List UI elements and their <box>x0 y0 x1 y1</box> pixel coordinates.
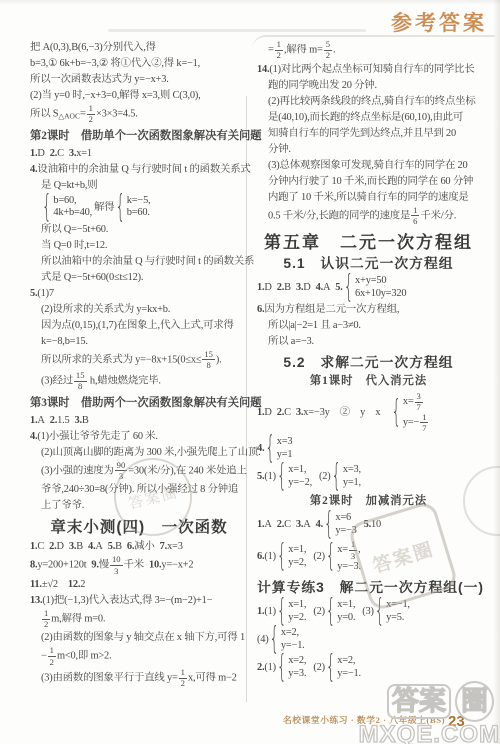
answer-line: 4.(1)小强让爷爷先走了 60 米. <box>30 429 248 444</box>
answer-line: 8.y=200+120t 9.慢103千米 10.y=−x+2 <box>30 555 248 576</box>
equation-system: {x=1,y=0. <box>326 599 355 624</box>
section-heading: 第3课时 借助两个一次函数图象解决有关问题 <box>30 396 248 411</box>
fraction: 12 <box>179 668 187 689</box>
fraction: 158 <box>202 350 215 371</box>
equation-system: {x=2,y=3. <box>277 655 306 680</box>
problem-number: 1. <box>30 415 37 426</box>
answer-line: 爷爷,240÷30=8(分钟). 所以小强经过 8 分钟追 <box>30 482 248 497</box>
answer-line: 0.5 千米/分,长跑的同学的速度是16千米/分. <box>257 206 480 227</box>
system-row: x=1, <box>337 599 355 612</box>
fraction-denominator: 2 <box>179 679 187 689</box>
fraction-numerator: 90 <box>115 461 128 472</box>
answer-line: −12m<0,即 m>2. <box>30 646 248 667</box>
answer-line: 1.(1){x=1,y=2. (2){x=1,y=0. (3){x=−1,y=5… <box>257 598 480 625</box>
system-row: 6x+10y=320 <box>355 288 406 301</box>
problem-number: 2. <box>50 148 57 159</box>
answer-line: (2)当 y=0 时,−x+3=0,解得 x=3,则 C(3,0), <box>30 88 248 103</box>
fraction: 12 <box>42 609 50 630</box>
answer-line: b=3,① 6k+b=−3,② 将①代入②,得 k=−1, <box>30 56 248 71</box>
fraction-numerator: 15 <box>74 371 87 382</box>
answer-line: 当 Q=0 时,t=12. <box>30 238 248 253</box>
problem-number: 4. <box>30 164 37 175</box>
problem-number: 7. <box>160 541 167 552</box>
equation-system: {x+y=506x+10y=320 <box>344 275 407 300</box>
problem-number: 6. <box>257 551 264 562</box>
answer-line: 是 Q=kt+b,则 <box>30 178 248 193</box>
equation-system: {x=13,y=−3. <box>326 540 361 573</box>
answer-line: 是(40,10),而长跑的终点坐标是(60,10),由此可 <box>257 110 480 125</box>
system-rows: x=13,y=−3. <box>337 540 361 573</box>
fraction-denominator: 3 <box>115 471 128 481</box>
system-row: b=60, <box>53 195 92 208</box>
problem-number: 2. <box>277 407 284 418</box>
system-rows: b=60,4k+b=40, <box>53 195 92 220</box>
answer-line: (3)小强的速度为903=30(米/分),在 240 米处追上 <box>30 461 248 482</box>
system-row: x=37 <box>403 392 430 413</box>
problem-number: 2. <box>50 415 57 426</box>
system-row: x=1, <box>288 544 306 557</box>
brace-glyph: { <box>324 509 333 540</box>
system-row: x=3 <box>277 436 293 449</box>
system-row: y=−17 <box>403 413 430 434</box>
brace-glyph: { <box>326 652 335 683</box>
system-row: x=13, <box>337 540 361 561</box>
answer-line: 因为点(0,15),(1,7)在图象上,代入上式,可求得 <box>30 318 248 333</box>
brace-glyph: { <box>344 272 353 303</box>
system-row: b=60. <box>127 207 151 220</box>
system-rows: k=−5,b=60. <box>127 195 151 220</box>
answer-line: 14.(1)对比两个起点坐标可知骑自行车的同学比长 <box>257 62 480 77</box>
scan-artifact-streak <box>108 29 366 32</box>
fraction-numerator: 15 <box>202 350 215 361</box>
system-rows: x=1,y=0. <box>337 599 355 624</box>
fraction-denominator: 8 <box>202 360 215 370</box>
fraction-numerator: 5 <box>324 40 332 51</box>
system-rows: x=−1,y=5. <box>386 599 410 624</box>
fraction-numerator: 1 <box>411 206 419 217</box>
equation-system: {x=37y=−17 <box>392 392 430 433</box>
problem-number: 2. <box>277 282 284 293</box>
system-row: y=−2, <box>288 477 312 490</box>
answer-line: 上了爷爷. <box>30 498 248 513</box>
answer-line: 所以 Q=−5t+60. <box>30 222 248 237</box>
problem-number: 8. <box>30 560 37 571</box>
fraction-denominator: 2 <box>48 657 56 667</box>
page-footer: 名校课堂小练习 · 数学2 · 八年级上(BS) 23 <box>0 710 500 732</box>
equation-system: {b=60,4k+b=40, <box>42 195 92 220</box>
answer-line: 6.(1){x=1,y=2, (2){x=13,y=−3. <box>257 539 480 574</box>
problem-number: 1. <box>257 282 264 293</box>
system-rows: x=3,y=1, <box>343 464 361 489</box>
right-column: =12,解得 m=52.14.(1)对比两个起点坐标可知骑自行车的同学比长跑的同… <box>257 40 480 682</box>
system-row: y=3. <box>288 668 306 681</box>
section-heading: 5.1 认识二元一次方程组 <box>257 256 480 271</box>
fraction: 12 <box>275 40 283 61</box>
section-heading: 第五章 二元一次方程组 <box>257 235 480 250</box>
answer-line: 所以所求的关系式为 y=−8x+15(0≤x≤158). <box>30 350 248 371</box>
problem-number: 3. <box>69 148 76 159</box>
system-row: x=1, <box>288 599 306 612</box>
problem-number: 13. <box>30 595 42 606</box>
equation-system: {x=6y=−3 <box>324 512 357 537</box>
problem-number: 3. <box>296 519 303 530</box>
answer-line: 知骑自行车的同学先到达终点,并且早到 20 <box>257 126 480 141</box>
brace-glyph: { <box>392 397 401 428</box>
fraction-numerator: 1 <box>420 413 428 424</box>
fraction-denominator: 2 <box>275 51 283 61</box>
system-row: x=2, <box>288 655 306 668</box>
problem-number: 14. <box>257 64 269 75</box>
answer-line: 所以油箱中的余油量 Q 与行驶时间 t 的函数关系 <box>30 254 248 269</box>
answer-line: 所以一次函数表达式为 y=−x+3. <box>30 72 248 87</box>
system-row: y=5. <box>386 612 410 625</box>
brace-glyph: { <box>326 541 335 572</box>
problem-number: 3. <box>296 282 303 293</box>
problem-number: 10. <box>149 560 161 571</box>
equation-system: {x=1,y=2. <box>277 599 306 624</box>
problem-number: 4. <box>88 541 95 552</box>
brace-glyph: { <box>375 596 384 627</box>
system-row: y=−1. <box>337 668 361 681</box>
answer-line: 1.D 2.C 3.x=−3y ② y x {x=37y=−17 <box>257 391 480 434</box>
problem-number: 1. <box>257 606 264 617</box>
answer-line: (3)总体观察图象可发现,骑自行车的同学在 20 <box>257 158 480 173</box>
problem-number: 12. <box>68 579 80 590</box>
answer-line: (2)山顶离山脚的距离为 300 米,小强先爬上了山顶. <box>30 445 248 460</box>
answer-line: 所以|a|−2=1 且 a−3≠0. <box>257 318 480 333</box>
brace-glyph: { <box>42 192 51 223</box>
answer-line: 5.(1){x=1,y=−2, (2){x=3,y=1, <box>257 463 480 490</box>
brace-glyph: { <box>277 461 286 492</box>
answer-line: 2.(1){x=2,y=3. (2){x=2,y=−1. <box>257 654 480 681</box>
system-rows: x=2,y=−1. <box>337 655 361 680</box>
answer-line: 内跑了 10 千米,所以骑自行车的同学的速度是 <box>257 190 480 205</box>
equation-system: {x=1,y=2, <box>277 544 306 569</box>
section-heading: 章末小测(四) 一次函数 <box>30 520 248 535</box>
fraction-numerator: 1 <box>275 40 283 51</box>
answer-line: (3)由函数的图象平行于直线 y=12x,可得 m−2 <box>30 668 248 689</box>
brace-glyph: { <box>326 596 335 627</box>
problem-number: 2. <box>257 662 264 673</box>
page-edge-shadow-right <box>493 0 500 744</box>
answer-line: 分钟内行驶了 10 千米,而长跑的同学在 60 分钟 <box>257 174 480 189</box>
equation-system: {x=2,y=−1. <box>326 655 361 680</box>
problem-number: 1. <box>257 519 264 530</box>
problem-number: 9. <box>91 560 98 571</box>
answer-line: (3)经过158 h,蜡烛燃烧完毕. <box>30 371 248 392</box>
system-row: x=6 <box>335 512 356 525</box>
fraction: 103 <box>110 555 123 576</box>
system-rows: x+y=506x+10y=320 <box>355 275 406 300</box>
fraction-denominator: 3 <box>110 566 123 576</box>
brace-glyph: { <box>277 652 286 683</box>
problem-number: 5. <box>257 471 264 482</box>
problem-number: 3. <box>296 407 303 418</box>
system-row: x=2, <box>281 627 305 640</box>
fraction-denominator: 6 <box>411 216 419 226</box>
system-rows: x=6y=−3 <box>335 512 356 537</box>
section-heading: 第2课时 加减消元法 <box>257 494 480 509</box>
answer-line: =12,解得 m=52. <box>257 40 480 61</box>
problem-number: 6. <box>257 304 264 315</box>
system-row: x=1, <box>288 464 312 477</box>
subscript: △AOC <box>58 112 80 121</box>
fraction-denominator: 3 <box>349 551 357 561</box>
answer-line: 1.D 2.B 3.D 4.A 5.{x+y=506x+10y=320 <box>257 274 480 301</box>
answer-line: 1.A 2.C 3.A 4.{x=6y=−3 5.10 <box>257 511 480 538</box>
answer-line: 式是 Q=−5t+60(0≤t≤12). <box>30 270 248 285</box>
answer-line: 12m,解得 m=0. <box>30 609 248 630</box>
problem-number: 6. <box>127 541 134 552</box>
answer-line: 所以 S△AOC=12×3×3=4.5. <box>30 104 248 125</box>
answer-line: 5.(1)7 <box>30 286 248 301</box>
answer-line: 6.因为方程组是二元一次方程组, <box>257 302 480 317</box>
section-heading: 5.2 求解二元一次方程组 <box>257 355 480 370</box>
problem-number: 1. <box>30 148 37 159</box>
answer-line: (2)由函数的图象与 y 轴交点在 x 轴下方,可得 1 <box>30 630 248 645</box>
section-heading: 计算专练3 解二元一次方程组(一) <box>257 580 480 595</box>
fraction: 13 <box>349 540 357 561</box>
fraction-numerator: 3 <box>415 392 423 403</box>
fraction-numerator: 1 <box>349 540 357 551</box>
equation-system: {k=−5,b=60. <box>115 195 150 220</box>
answer-line: 11.±√2 12.2 <box>30 577 248 592</box>
fraction-numerator: 1 <box>42 609 50 620</box>
fraction-denominator: 2 <box>87 115 95 125</box>
fraction-denominator: 2 <box>42 620 50 630</box>
fraction: 17 <box>420 413 428 434</box>
problem-number: 5. <box>108 541 115 552</box>
system-rows: x=1,y=−2, <box>288 464 312 489</box>
answer-line: 1.A 2.1.5 3.B <box>30 413 248 428</box>
system-row: k=−5, <box>127 195 151 208</box>
system-row: y=−3 <box>335 525 356 538</box>
brace-glyph: { <box>277 541 286 572</box>
brace-glyph: { <box>265 433 274 464</box>
problem-number: 2. <box>49 541 56 552</box>
fraction: 37 <box>415 392 423 413</box>
problem-number: 11. <box>30 579 42 590</box>
system-rows: x=1,y=2, <box>288 544 306 569</box>
answer-line: (4){x=2,y=−1. <box>257 626 480 653</box>
fraction-denominator: 2 <box>324 51 332 61</box>
answer-line: k=−8,b=15. <box>30 334 248 349</box>
system-row: x=3, <box>343 464 361 477</box>
answer-line: 1.D 2.C 3.x=1 <box>30 146 248 161</box>
system-row: x+y=50 <box>355 275 406 288</box>
answer-line: {b=60,4k+b=40,解得{k=−5,b=60. <box>30 194 248 221</box>
system-row: x=2, <box>337 655 361 668</box>
system-row: x=−1, <box>386 599 410 612</box>
problem-number: 4. <box>316 519 323 530</box>
system-rows: x=1,y=2. <box>288 599 306 624</box>
system-rows: x=2,y=3. <box>288 655 306 680</box>
equation-system: {x=3,y=1, <box>332 464 361 489</box>
problem-number: 5. <box>30 288 37 299</box>
fraction: 12 <box>48 646 56 667</box>
footer-page-number: 23 <box>448 713 465 730</box>
problem-number: 4. <box>316 282 323 293</box>
problem-number: 4. <box>30 431 37 442</box>
brace-glyph: { <box>332 461 341 492</box>
answer-line: 分钟. <box>257 142 480 157</box>
section-heading: 第1课时 代入消元法 <box>257 374 480 389</box>
equation-system: {x=−1,y=5. <box>375 599 410 624</box>
fraction: 12 <box>87 104 95 125</box>
answer-line: 4.{x=3y=1 <box>257 435 480 462</box>
fraction: 158 <box>74 371 87 392</box>
problem-number: 4. <box>257 443 264 454</box>
system-row: y=−3. <box>337 561 361 574</box>
footer-book-title: 名校课堂小练习 · 数学2 · 八年级上(BS) <box>283 713 445 726</box>
answer-line: 1.C 2.D 3.B 4.A 5.B 6.减小 7.x=3 <box>30 539 248 554</box>
problem-number: 3. <box>75 415 82 426</box>
answer-page: 参考答案 把 A(0,3),B(6,−3)分别代入,得b=3,① 6k+b=−3… <box>0 0 500 744</box>
fraction-numerator: 1 <box>179 668 187 679</box>
equation-system: {x=2,y=−1. <box>270 627 305 652</box>
fraction: 52 <box>324 40 332 61</box>
problem-number: 5. <box>364 519 371 530</box>
answer-line: 跑的同学晚出发 20 分钟. <box>257 78 480 93</box>
problem-number: 3. <box>69 541 76 552</box>
system-row: y=0. <box>337 612 355 625</box>
answer-line: 13.(1)把(−1,3)代入表达式,得 3=−(m−2)+1− <box>30 593 248 608</box>
page-edge-shadow-top <box>0 0 500 5</box>
answer-line: (2)再比较两条线段的终点,骑自行车的终点坐标 <box>257 94 480 109</box>
answer-line: 所以 a=−3. <box>257 334 480 349</box>
equation-system: {x=1,y=−2, <box>277 464 312 489</box>
page-title: 参考答案 <box>391 7 487 37</box>
fraction: 903 <box>115 461 128 482</box>
fraction-denominator: 8 <box>74 382 87 392</box>
system-rows: x=37y=−17 <box>403 392 430 433</box>
left-column: 把 A(0,3),B(6,−3)分别代入,得b=3,① 6k+b=−3,② 将①… <box>30 40 248 690</box>
problem-number: 1. <box>257 407 264 418</box>
answer-line: 把 A(0,3),B(6,−3)分别代入,得 <box>30 40 248 55</box>
problem-number: 2. <box>277 519 284 530</box>
system-row: y=2. <box>288 612 306 625</box>
system-row: y=1, <box>343 477 361 490</box>
fraction-numerator: 1 <box>87 104 95 115</box>
answer-line: (2)设所求的关系式为 y=kx+b. <box>30 302 248 317</box>
system-row: 4k+b=40, <box>53 207 92 220</box>
problem-number: 1. <box>30 541 37 552</box>
fraction-denominator: 7 <box>420 423 428 433</box>
answer-line: 4.设油箱中的余油量 Q 与行驶时间 t 的函数关系式 <box>30 162 248 177</box>
section-heading: 第2课时 借助单个一次函数图象解决有关问题 <box>30 129 248 144</box>
brace-glyph: { <box>115 192 124 223</box>
fraction-numerator: 1 <box>48 646 56 657</box>
fraction: 16 <box>411 206 419 227</box>
fraction-numerator: 10 <box>110 555 123 566</box>
problem-number: 5. <box>335 282 342 293</box>
system-row: y=2, <box>288 557 306 570</box>
